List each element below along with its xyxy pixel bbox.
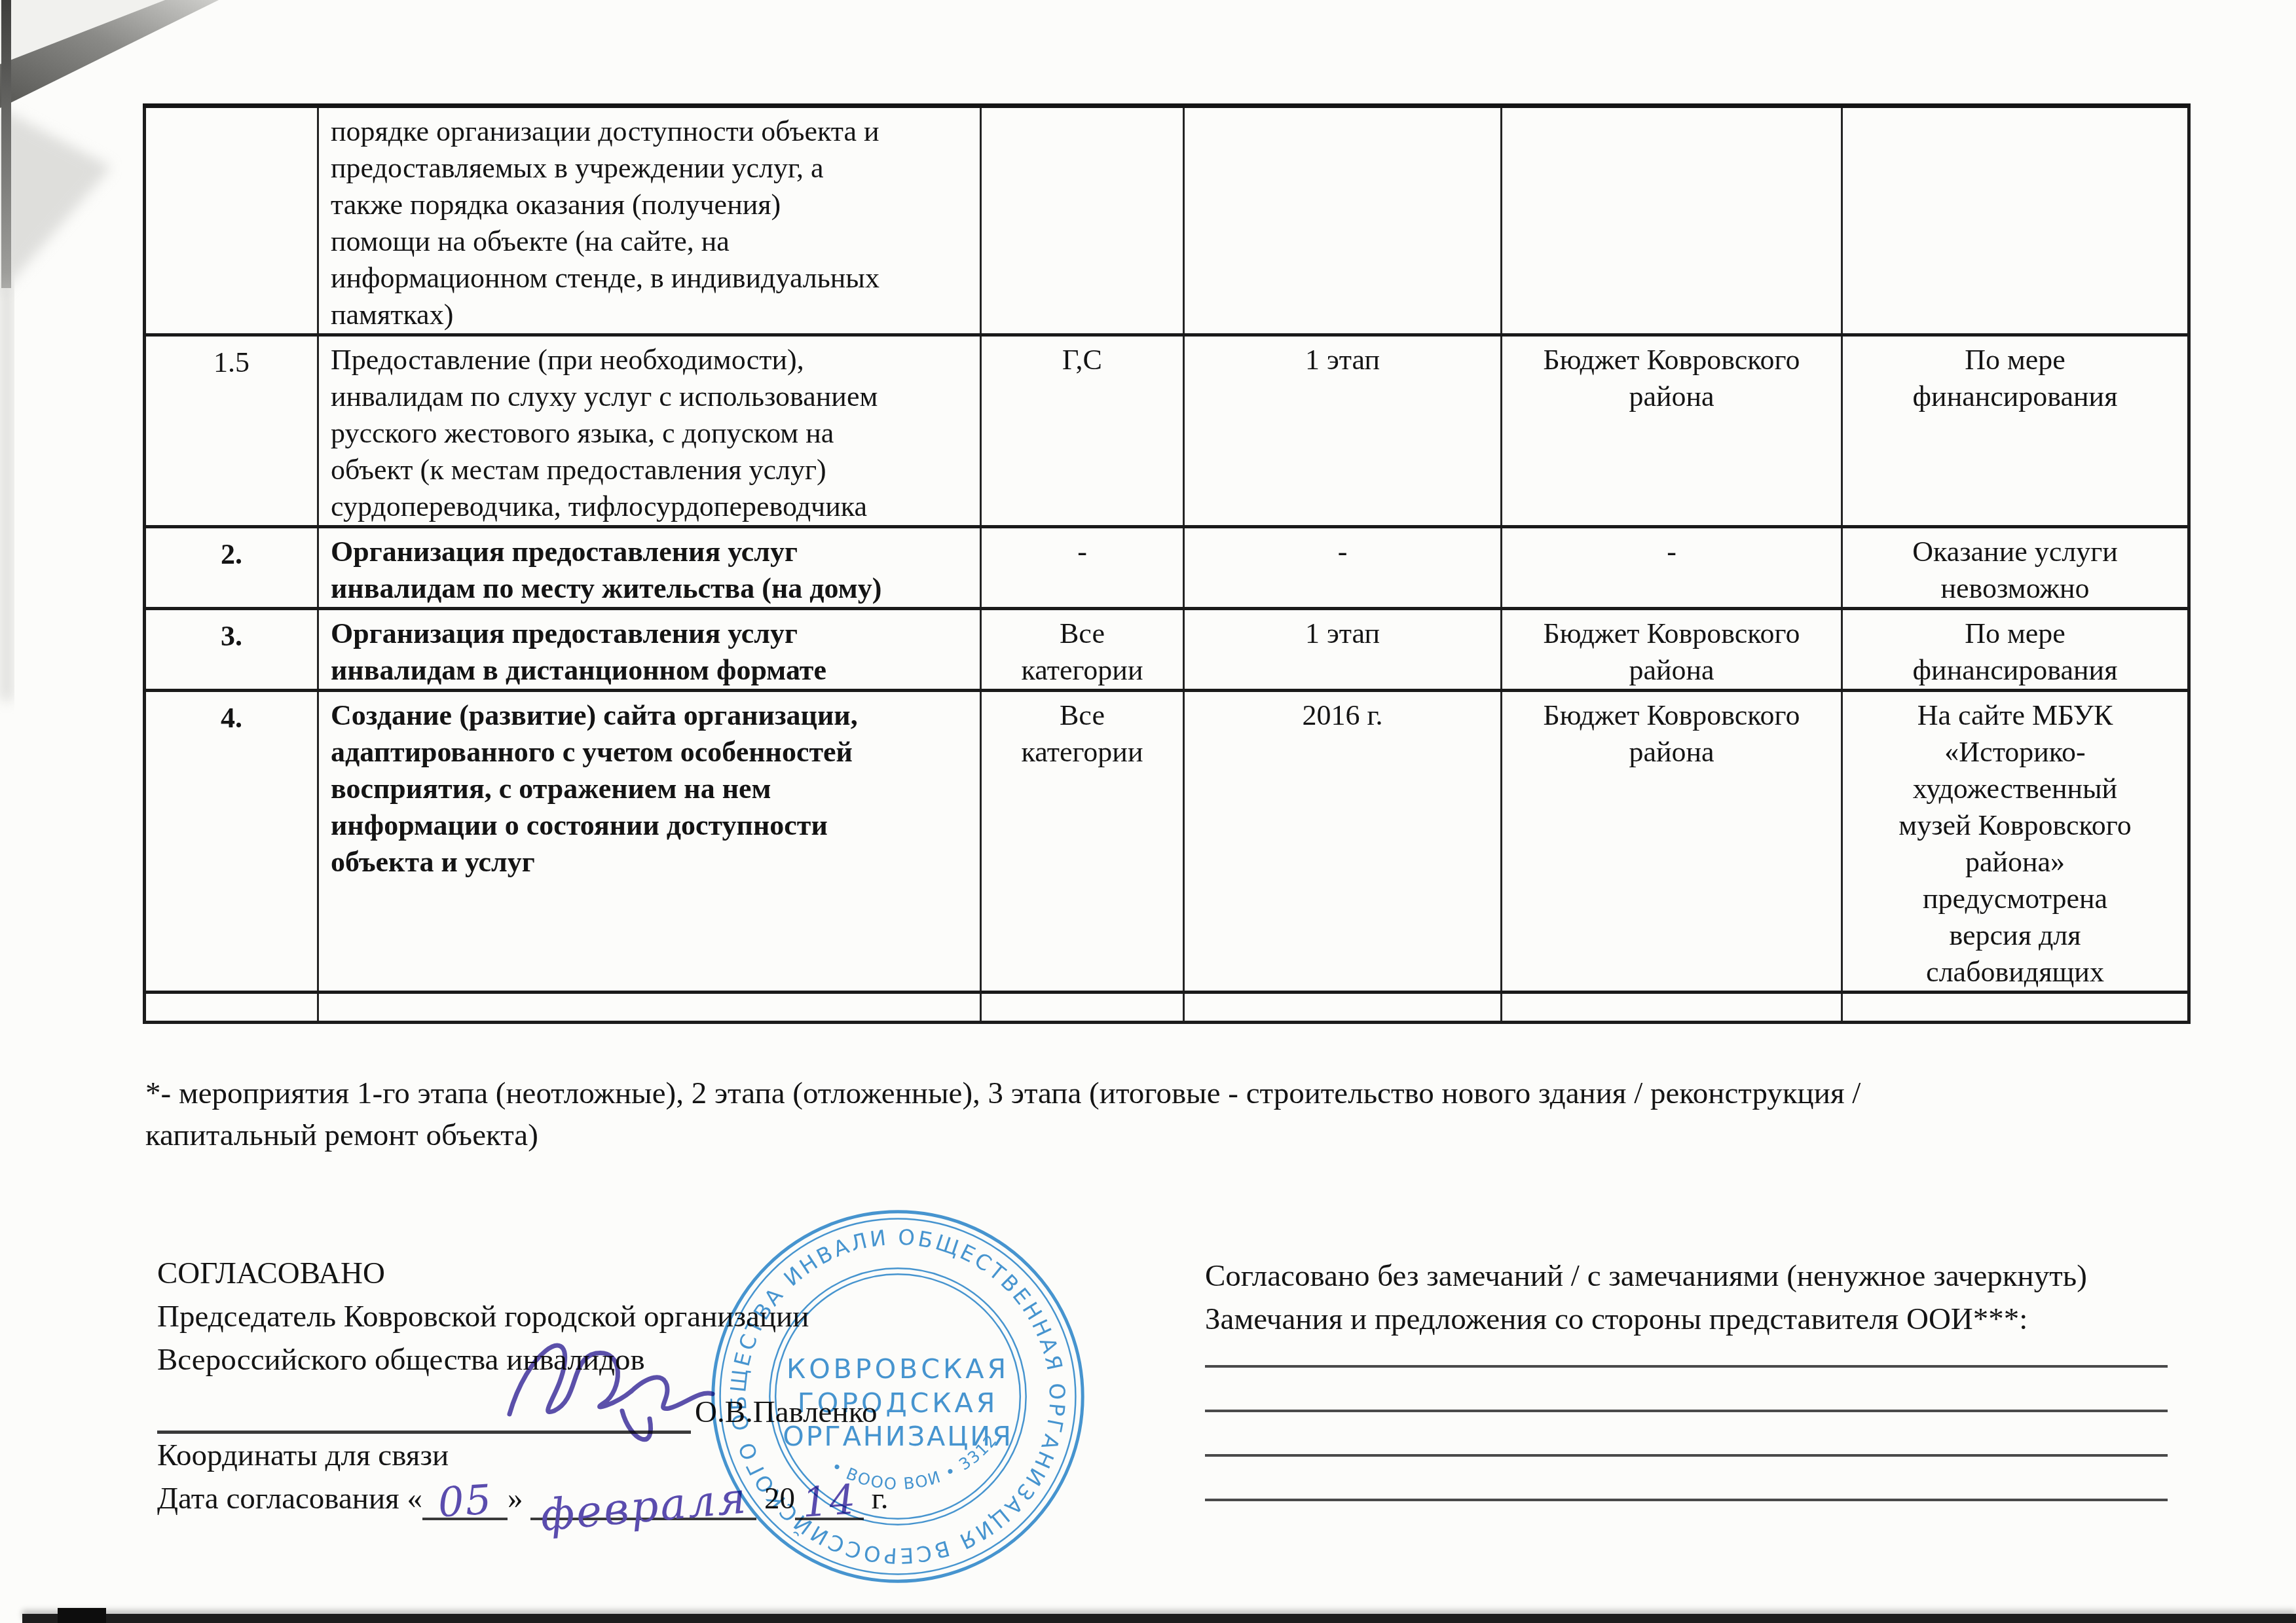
measures-table-body: порядке организации доступности объекта …	[145, 106, 2189, 1023]
table-row	[145, 993, 2189, 1023]
cell-note: На сайте МБУК «Историко- художественный …	[1842, 691, 2189, 993]
table-row: 1.5 Предоставление (при необходимости), …	[145, 335, 2189, 527]
organization-stamp: ОБЩЕСТВЕННАЯ ОРГАНИЗАЦИЯ ВСЕРОССИЙСКОГО …	[705, 1203, 1091, 1590]
remarks-blank-line	[1205, 1323, 2168, 1368]
cell-funding: Бюджет Ковровского района	[1502, 335, 1842, 527]
cell-funding	[1502, 993, 1842, 1023]
cell-stage	[1184, 106, 1502, 335]
table-row: порядке организации доступности объекта …	[145, 106, 2189, 335]
cell-measure: порядке организации доступности объекта …	[318, 106, 981, 335]
agreed-remarks-line: Согласовано без замечаний / с замечаниям…	[1205, 1254, 2171, 1298]
cell-note: Оказание услуги невозможно	[1842, 527, 2189, 609]
cell-category: Все категории	[981, 691, 1184, 993]
cell-measure: Организация предоставления услуг инвалид…	[318, 527, 981, 609]
cell-measure	[318, 993, 981, 1023]
stamp-center-line-1: КОВРОВСКАЯ	[787, 1353, 1009, 1385]
date-close-quote: »	[508, 1482, 523, 1516]
cell-note: По мере финансирования	[1842, 335, 2189, 527]
stamp-center-line-3: ОРГАНИЗАЦИЯ	[783, 1421, 1013, 1452]
stamp-ring-text: ОБЩЕСТВЕННАЯ ОРГАНИЗАЦИЯ ВСЕРОССИЙСКОГО …	[705, 1203, 1069, 1568]
cell-note	[1842, 106, 2189, 335]
cell-category	[981, 106, 1184, 335]
cell-funding	[1502, 106, 1842, 335]
cell-measure: Предоставление (при необходимости), инва…	[318, 335, 981, 527]
handwritten-day: 05	[437, 1486, 492, 1516]
cell-note	[1842, 993, 2189, 1023]
cell-category: -	[981, 527, 1184, 609]
page-edge-shadow	[1, 0, 11, 288]
cell-note: По мере финансирования	[1842, 609, 2189, 691]
scan-bottom-edge	[22, 1614, 2296, 1623]
scan-bottom-blob	[58, 1608, 106, 1623]
date-day-blank: 05	[422, 1484, 508, 1520]
remarks-blank-line	[1205, 1412, 2168, 1457]
table-row: 4. Создание (развитие) сайта организации…	[145, 691, 2189, 993]
date-label: Дата согласования «	[157, 1482, 422, 1516]
fold-back-face	[0, 0, 165, 64]
cell-funding: Бюджет Ковровского района	[1502, 691, 1842, 993]
cell-number: 1.5	[145, 335, 318, 527]
footnote: *- мероприятия 1-го этапа (неотложные), …	[145, 1072, 2176, 1156]
stamp-ring-text-holder: ОБЩЕСТВЕННАЯ ОРГАНИЗАЦИЯ ВСЕРОССИЙСКОГО …	[705, 1203, 1069, 1568]
cell-measure: Организация предоставления услуг инвалид…	[318, 609, 981, 691]
cell-stage: 1 этап	[1184, 609, 1502, 691]
cell-stage: 1 этап	[1184, 335, 1502, 527]
fold-crease	[0, 0, 219, 108]
cell-number	[145, 993, 318, 1023]
measures-table: порядке организации доступности объекта …	[143, 103, 2191, 1024]
cell-stage	[1184, 993, 1502, 1023]
cell-category	[981, 993, 1184, 1023]
cell-funding: -	[1502, 527, 1842, 609]
cell-category: Все категории	[981, 609, 1184, 691]
cell-number: 3.	[145, 609, 318, 691]
cell-stage: 2016 г.	[1184, 691, 1502, 993]
scanned-page: порядке организации доступности объекта …	[0, 0, 2296, 1623]
cell-category: Г,С	[981, 335, 1184, 527]
cell-number	[145, 106, 318, 335]
table-row: 3. Организация предоставления услуг инва…	[145, 609, 2189, 691]
cell-measure: Создание (развитие) сайта организации, а…	[318, 691, 981, 993]
remarks-blank-lines	[1205, 1323, 2168, 1501]
page-edge-soft	[0, 282, 13, 701]
stamp-center-line-2: ГОРОДСКАЯ	[798, 1387, 999, 1419]
cell-number: 4.	[145, 691, 318, 993]
cell-funding: Бюджет Ковровского района	[1502, 609, 1842, 691]
remarks-blank-line	[1205, 1368, 2168, 1412]
table-row: 2. Организация предоставления услуг инва…	[145, 527, 2189, 609]
fold-shadow	[0, 108, 111, 295]
remarks-blank-line	[1205, 1457, 2168, 1501]
cell-stage: -	[1184, 527, 1502, 609]
cell-number: 2.	[145, 527, 318, 609]
